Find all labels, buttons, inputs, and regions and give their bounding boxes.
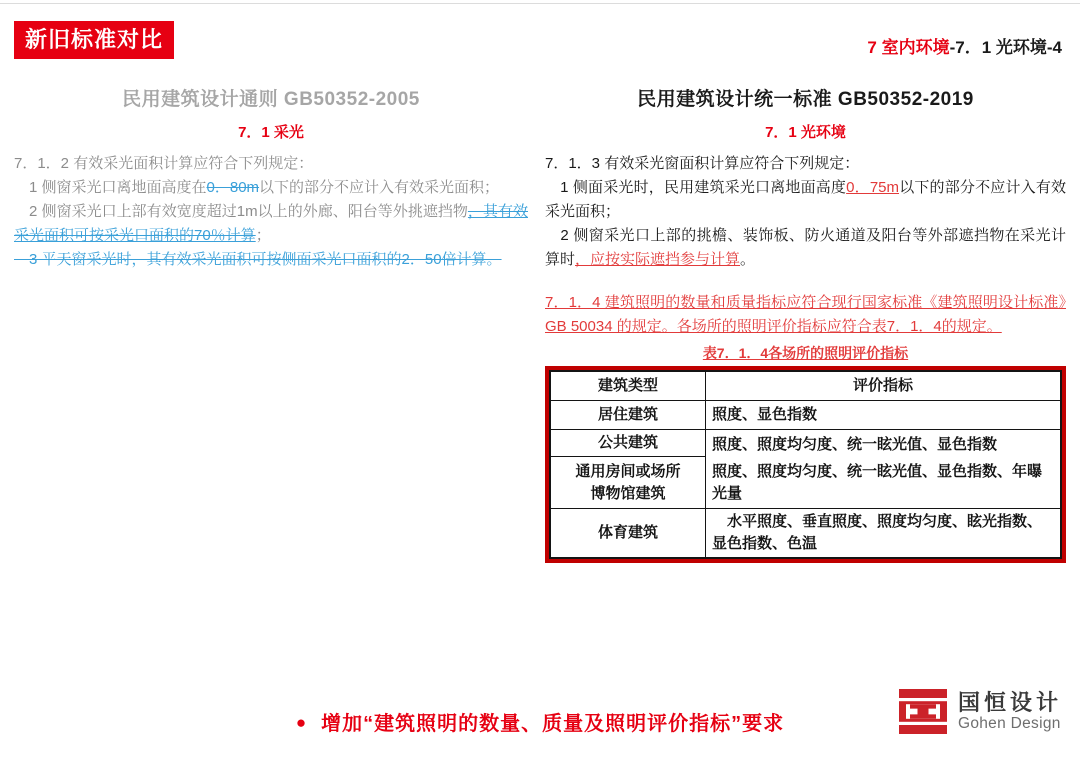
old-clause-712: 7．1．2 有效采光面积计算应符合下列规定：: [14, 152, 528, 176]
text-segment: 1 侧窗采光口离地面高度在: [14, 179, 207, 196]
new-standard-body: 7．1．3 有效采光窗面积计算应符合下列规定： 1 侧面采光时，民用建筑采光口离…: [545, 152, 1066, 272]
slide-tag-badge: 新旧标准对比: [14, 21, 174, 59]
header-cell-indicator: 评价指标: [706, 371, 1062, 401]
logo-text-block: 国恒设计 Gohen Design: [958, 691, 1062, 732]
new-clause-713: 7．1．3 有效采光窗面积计算应符合下列规定：: [545, 152, 1066, 176]
table-caption: 表7．1．4各场所的照明评价指标: [545, 343, 1066, 363]
section-breadcrumb: 7 室内环境-7．1 光环境-4: [867, 33, 1062, 58]
text-segment: ；: [256, 227, 271, 244]
cell-public-general-indicator: 照度、照度均匀度、统一眩光值、显色指数 照度、照度均匀度、统一眩光值、显色指数、…: [706, 430, 1062, 509]
text-segment: 以下的部分不应计入有效采光面积；: [259, 179, 499, 196]
cell-sports-indicator: 水平照度、垂直照度、照度均匀度、眩光指数、显色指数、色温: [706, 509, 1062, 559]
table-header-row: 建筑类型 评价指标: [550, 371, 1061, 401]
cell-general-museum: 通用房间或场所 博物馆建筑: [550, 457, 706, 509]
new-standard-column: 民用建筑设计统一标准 GB50352-2019 7．1 光环境 7．1．3 有效…: [545, 84, 1066, 563]
text-segment: 7．1．2 有效采光面积计算应符合下列规定：: [14, 155, 313, 172]
table-row: 公共建筑 照度、照度均匀度、统一眩光值、显色指数 照度、照度均匀度、统一眩光值、…: [550, 430, 1061, 457]
old-standard-body: 7．1．2 有效采光面积计算应符合下列规定： 1 侧窗采光口离地面高度在0．80…: [14, 152, 528, 272]
company-logo: 国恒设计 Gohen Design: [899, 689, 1062, 734]
text-segment: 7．1．4 建筑照明的数量和质量指标应符合现行国家标准《建筑照明设计标准》GB …: [545, 294, 1066, 335]
text-segment: 3 平天窗采光时，其有效采光面积可按侧面采光口面积的2．50倍计算。: [14, 251, 502, 268]
logo-name-cn: 国恒设计: [958, 691, 1062, 714]
merged-indicator-lines: 照度、照度均匀度、统一眩光值、显色指数 照度、照度均匀度、统一眩光值、显色指数、…: [712, 431, 1054, 507]
text-segment: 7．1．3 有效采光窗面积计算应符合下列规定：: [545, 155, 859, 172]
text-segment: ，应按实际遮挡参与计算: [575, 251, 740, 268]
gohen-logo-icon: [899, 689, 947, 734]
section-breadcrumb-chapter: 7 室内环境: [867, 38, 949, 57]
new-standard-title: 民用建筑设计统一标准 GB50352-2019: [545, 84, 1066, 111]
lighting-evaluation-table: 建筑类型 评价指标 居住建筑 照度、显色指数 公共建筑 照度、照度均匀度、统一眩…: [549, 370, 1062, 559]
cell-museum-line: 博物馆建筑: [557, 483, 699, 505]
new-clause-713-item2: 2 侧窗采光口上部的挑檐、装饰板、防火通道及阳台等外部遮挡物在采光计算时，应按实…: [545, 224, 1066, 272]
section-breadcrumb-sub: -7．1 光环境-4: [950, 38, 1062, 57]
new-standard-section-heading: 7．1 光环境: [545, 121, 1066, 142]
summary-note-text: 增加“建筑照明的数量、质量及照明评价指标”要求: [321, 713, 784, 735]
old-clause-712-item3: 3 平天窗采光时，其有效采光面积可按侧面采光口面积的2．50倍计算。: [14, 248, 528, 272]
old-standard-section-heading: 7．1 采光: [14, 121, 528, 142]
text-segment: 。: [740, 251, 755, 268]
cell-residential-indicator: 照度、显色指数: [706, 401, 1062, 430]
cell-residential: 居住建筑: [550, 401, 706, 430]
new-clause-714: 7．1．4 建筑照明的数量和质量指标应符合现行国家标准《建筑照明设计标准》GB …: [545, 291, 1066, 339]
cell-general-line: 通用房间或场所: [557, 461, 699, 483]
comparison-columns: 民用建筑设计通则 GB50352-2005 7．1 采光 7．1．2 有效采光面…: [14, 84, 1066, 563]
old-standard-title: 民用建筑设计通则 GB50352-2005: [14, 84, 528, 111]
top-divider-line: [0, 3, 1080, 4]
new-clause-713-item1: 1 侧面采光时，民用建筑采光口离地面高度0．75m以下的部分不应计入有效采光面积…: [545, 176, 1066, 224]
text-segment: 0．75m: [846, 179, 899, 196]
lighting-table-frame: 建筑类型 评价指标 居住建筑 照度、显色指数 公共建筑 照度、照度均匀度、统一眩…: [545, 366, 1066, 563]
logo-name-en: Gohen Design: [958, 716, 1062, 732]
header-cell-building-type: 建筑类型: [550, 371, 706, 401]
old-clause-712-item2: 2 侧窗采光口上部有效宽度超过1m以上的外廊、阳台等外挑遮挡物，其有效采光面积可…: [14, 200, 528, 248]
old-standard-column: 民用建筑设计通则 GB50352-2005 7．1 采光 7．1．2 有效采光面…: [14, 84, 528, 563]
table-row: 体育建筑 水平照度、垂直照度、照度均匀度、眩光指数、显色指数、色温: [550, 509, 1061, 559]
old-clause-712-item1: 1 侧窗采光口离地面高度在0．80m以下的部分不应计入有效采光面积；: [14, 176, 528, 200]
bullet-icon: ●: [296, 713, 307, 732]
text-segment: 1 侧面采光时，民用建筑采光口离地面高度: [545, 179, 846, 196]
table-row: 居住建筑 照度、显色指数: [550, 401, 1061, 430]
text-segment: 2 侧窗采光口上部有效宽度超过1m以上的外廊、阳台等外挑遮挡物: [14, 203, 468, 220]
cell-public: 公共建筑: [550, 430, 706, 457]
new-clause-714-text: 7．1．4 建筑照明的数量和质量指标应符合现行国家标准《建筑照明设计标准》GB …: [545, 291, 1066, 339]
cell-sports: 体育建筑: [550, 509, 706, 559]
indicator-public-general: 照度、照度均匀度、统一眩光值、显色指数: [712, 434, 1054, 456]
text-segment: 0．80m: [207, 179, 260, 196]
indicator-museum: 照度、照度均匀度、统一眩光值、显色指数、年曝光量: [712, 461, 1054, 505]
